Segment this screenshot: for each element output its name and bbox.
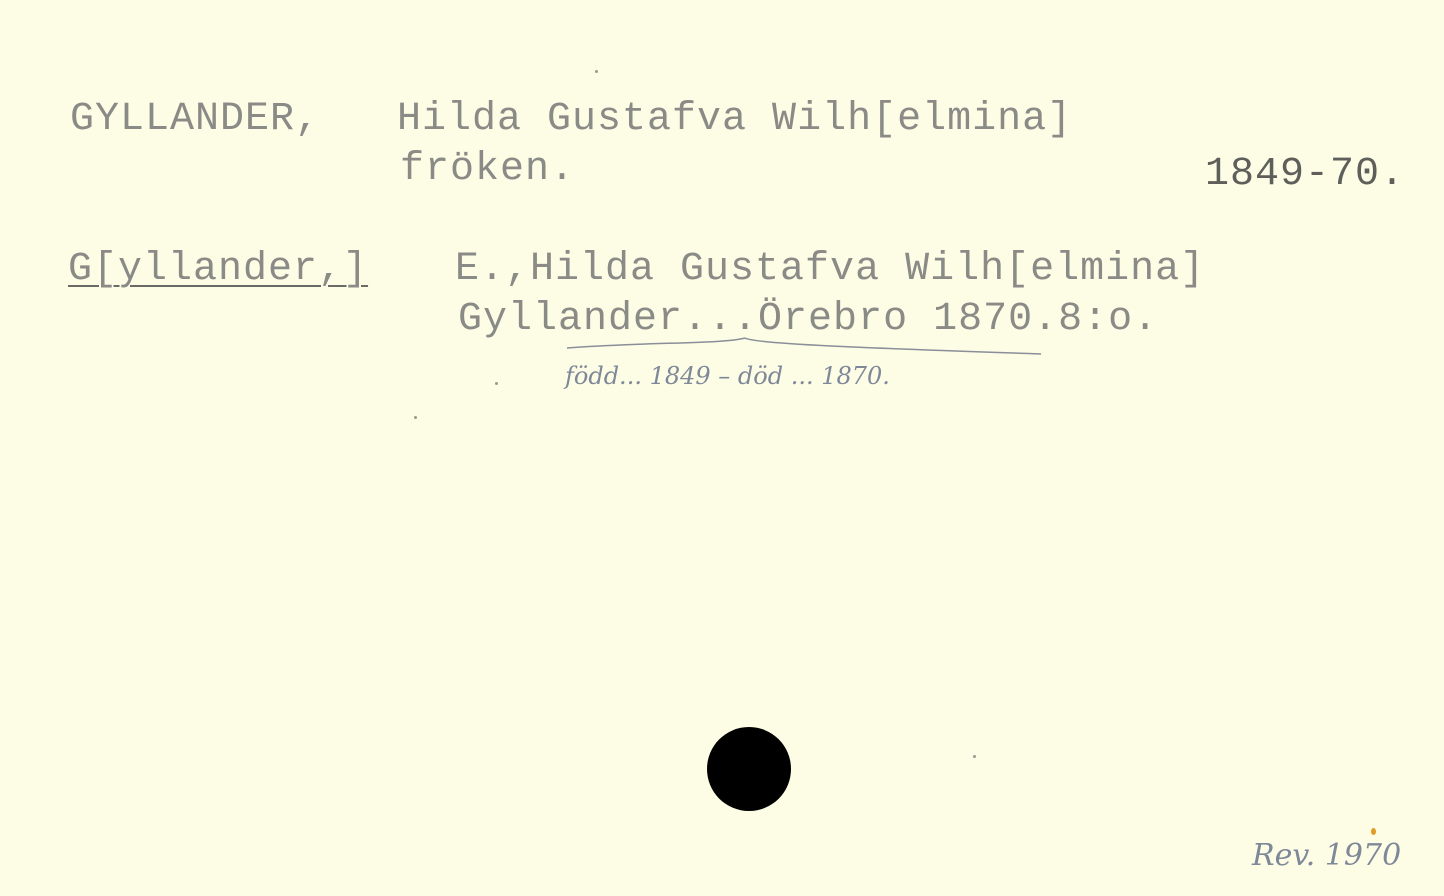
ink-spot bbox=[1371, 828, 1376, 835]
heading-surname: GYLLANDER, bbox=[70, 100, 320, 140]
brace-mark bbox=[565, 332, 1045, 360]
speck bbox=[595, 70, 598, 73]
handwritten-note: född... 1849 – död ... 1870. bbox=[565, 362, 890, 390]
speck bbox=[414, 416, 417, 419]
heading-given-names: Hilda Gustafva Wilh[elmina] bbox=[397, 100, 1072, 140]
speck bbox=[495, 382, 498, 385]
entry-line-1: E.,Hilda Gustafva Wilh[elmina] bbox=[455, 250, 1205, 290]
heading-years: 1849-70. bbox=[1205, 155, 1405, 195]
entry-reference-name: G[yllander,] bbox=[68, 250, 368, 290]
catalog-card: GYLLANDER, Hilda Gustafva Wilh[elmina] f… bbox=[0, 0, 1444, 896]
revision-note: Rev. 1970 bbox=[1252, 838, 1401, 873]
heading-title: fröken. bbox=[400, 150, 575, 190]
punch-hole bbox=[707, 727, 791, 811]
speck bbox=[973, 755, 976, 758]
